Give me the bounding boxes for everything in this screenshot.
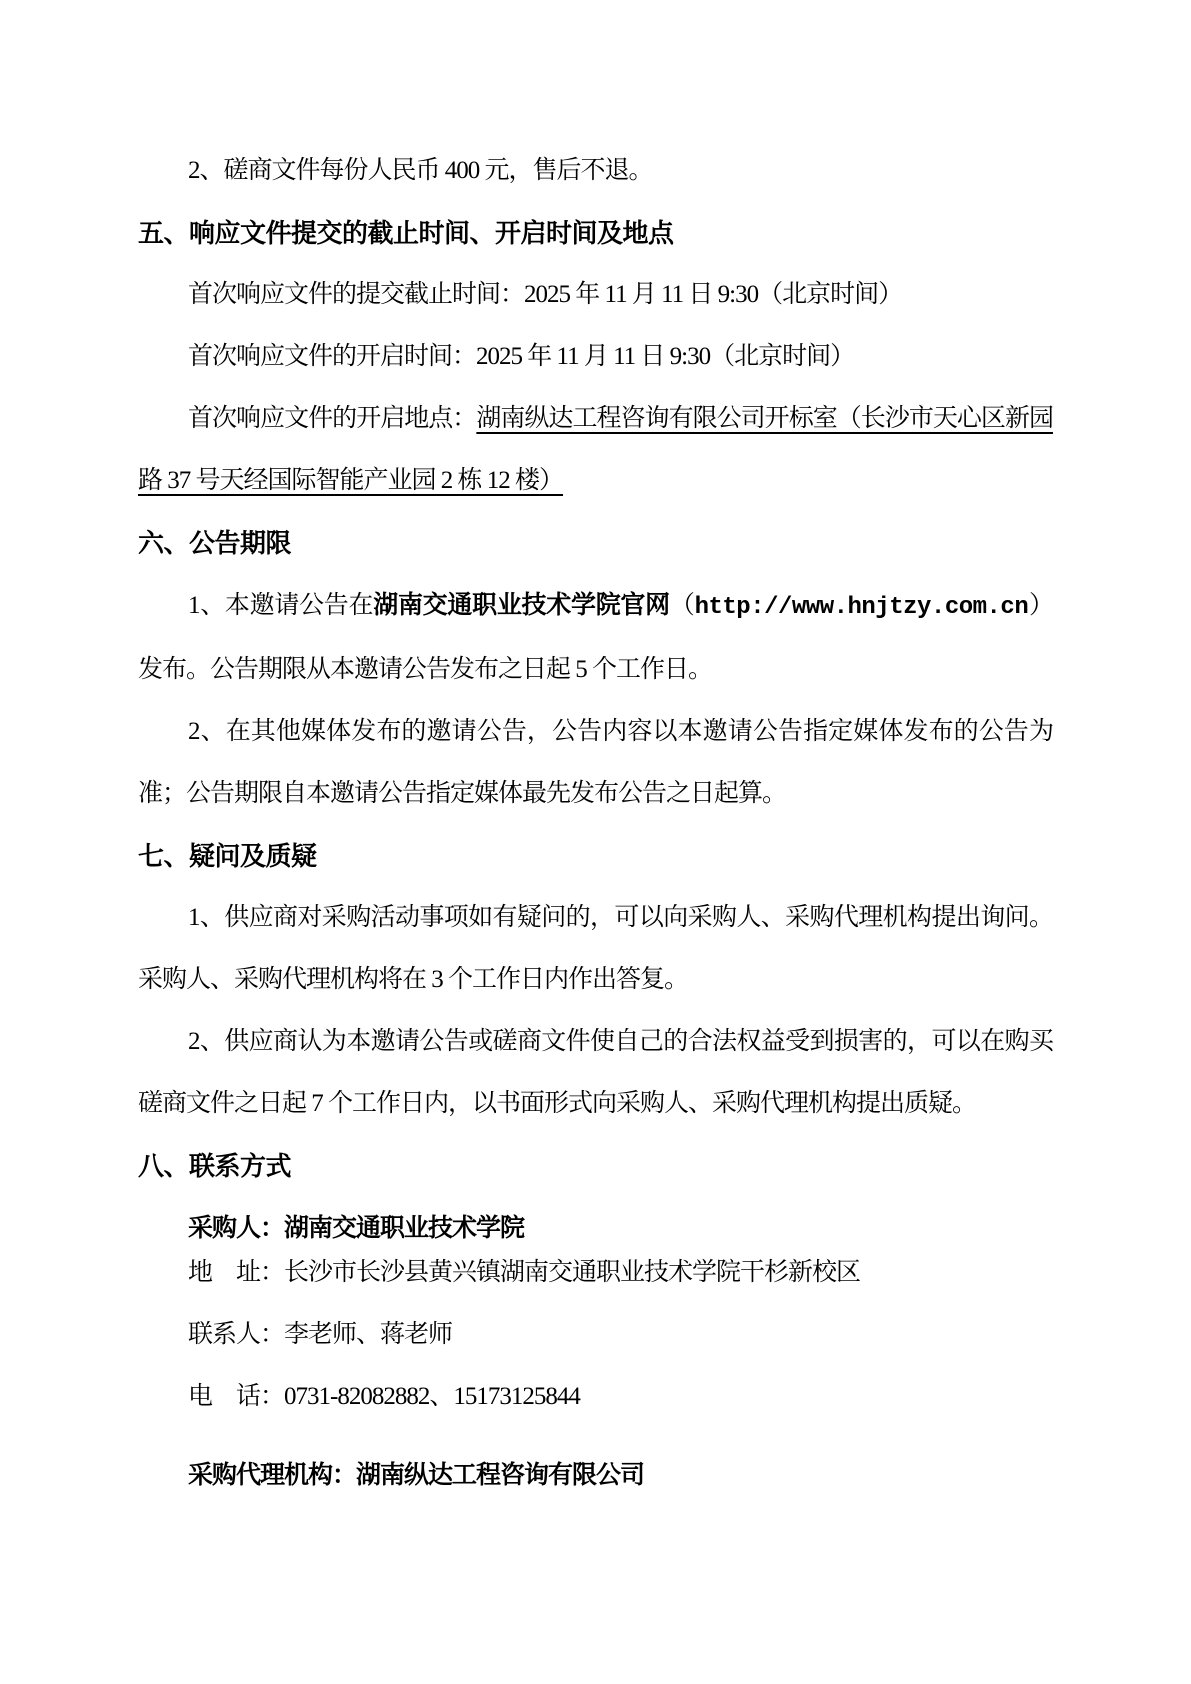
section5-heading: 五、响应文件提交的截止时间、开启时间及地点 — [138, 202, 1053, 264]
agency-name-line: 采购代理机构：湖南纵达工程咨询有限公司 — [138, 1444, 1053, 1506]
section8-heading: 八、联系方式 — [138, 1135, 1053, 1197]
website-url: http://www.hnjtzy.com.cn — [695, 594, 1029, 621]
paragraph-announcement-publish: 1、本邀请公告在湖南交通职业技术学院官网（http://www.hnjtzy.c… — [138, 574, 1053, 701]
paragraph-challenge: 2、供应商认为本邀请公告或磋商文件使自己的合法权益受到损害的，可以在购买磋商文件… — [138, 1011, 1053, 1135]
contact-persons-line: 联系人：李老师、蒋老师 — [138, 1304, 1053, 1366]
official-website-name: 湖南交通职业技术学院官网 — [373, 591, 670, 619]
document-content: 2、磋商文件每份人民币 400 元，售后不退。 五、响应文件提交的截止时间、开启… — [138, 140, 1053, 1506]
open-paren: （ — [670, 592, 695, 619]
paragraph-inquiry: 1、供应商对采购活动事项如有疑问的，可以向采购人、采购代理机构提出询问。采购人、… — [138, 887, 1053, 1011]
paragraph-submit-deadline: 首次响应文件的提交截止时间：2025 年 11 月 11 日 9:30（北京时间… — [138, 264, 1053, 326]
paragraph-open-place: 首次响应文件的开启地点：湖南纵达工程咨询有限公司开标室（长沙市天心区新园路 37… — [138, 388, 1053, 512]
paragraph-fee-note: 2、磋商文件每份人民币 400 元，售后不退。 — [138, 140, 1053, 202]
paragraph-other-media: 2、在其他媒体发布的邀请公告，公告内容以本邀请公告指定媒体发布的公告为准；公告期… — [138, 701, 1053, 825]
section6-heading: 六、公告期限 — [138, 512, 1053, 574]
phone-line: 电 话：0731-82082882、15173125844 — [138, 1366, 1053, 1428]
section7-heading: 七、疑问及质疑 — [138, 825, 1053, 887]
announcement-pre-text: 1、本邀请公告在 — [188, 592, 373, 619]
open-place-label: 首次响应文件的开启地点： — [188, 405, 476, 432]
paragraph-open-time: 首次响应文件的开启时间：2025 年 11 月 11 日 9:30（北京时间） — [138, 326, 1053, 388]
buyer-address-line: 地 址：长沙市长沙县黄兴镇湖南交通职业技术学院干杉新校区 — [138, 1242, 1053, 1304]
document-page: 2、磋商文件每份人民币 400 元，售后不退。 五、响应文件提交的截止时间、开启… — [0, 0, 1191, 1684]
